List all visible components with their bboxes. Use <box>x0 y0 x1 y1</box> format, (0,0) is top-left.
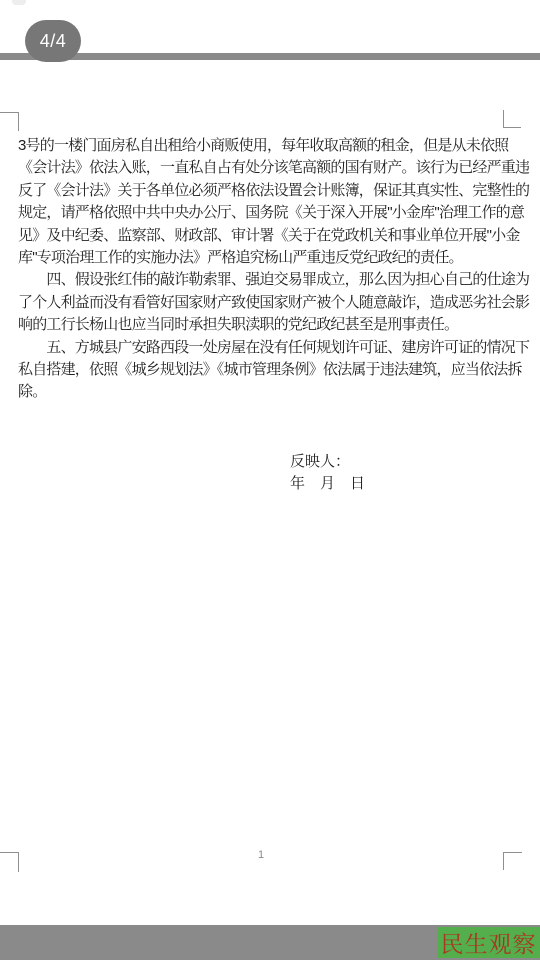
text-line: 四、假设张红伟的敲诈勒索罪、强迫交易罪成立，那么因为担心自己的仕途为 <box>18 269 526 291</box>
document-viewer: 4/4 3号的一楼门面房私自出租给小商贩使用，每年收取高额的租金，但是从未依照 … <box>0 0 540 960</box>
page-indicator-badge: 4/4 <box>25 20 81 62</box>
text-line: 反了《会计法》关于各单位必须严格依法设置会计账簿，保证其真实性、完整性的 <box>18 180 526 202</box>
page-separator-bar <box>0 53 540 60</box>
date-label: 年 月 日 <box>290 473 365 495</box>
text-line: 除。 <box>18 381 526 403</box>
page-footer-number: 1 <box>0 849 522 861</box>
text-line: 私自搭建，依照《城乡规划法》《城市管理条例》依法属于违法建筑，应当依法拆 <box>18 359 526 381</box>
text-line: 规定，请严格依照中共中央办公厅、国务院《关于深入开展"小金库"治理工作的意 <box>18 202 526 224</box>
text-line: 了个人利益而没有看管好国家财产致使国家财产被个人随意敲诈，造成恶劣社会影 <box>18 292 526 314</box>
text-line: 《会计法》依法入账，一直私自占有处分该笔高额的国有财产。该行为已经严重违 <box>18 157 526 179</box>
text-line: 见》及中纪委、监察部、财政部、审计署《关于在党政机关和事业单位开展"小金 <box>18 225 526 247</box>
text-line: 五、方城县广安路西段一处房屋在没有任何规划许可证、建房许可证的情况下 <box>18 337 526 359</box>
document-body[interactable]: 3号的一楼门面房私自出租给小商贩使用，每年收取高额的租金，但是从未依照 《会计法… <box>18 135 526 404</box>
previous-page-corner <box>12 0 26 5</box>
text-boundary-mark-top-right <box>503 110 521 128</box>
text-line: 响的工行长杨山也应当同时承担失职渎职的党纪政纪甚至是刑事责任。 <box>18 314 526 336</box>
text-line: 3号的一楼门面房私自出租给小商贩使用，每年收取高额的租金，但是从未依照 <box>18 135 526 157</box>
watermark-badge: 民生观察 <box>437 927 540 958</box>
page-indicator-label: 4/4 <box>40 31 67 52</box>
text-boundary-mark-top-left <box>0 112 19 131</box>
text-line: 库"专项治理工作的实施办法》严格追究杨山严重违反党纪政纪的责任。 <box>18 247 526 269</box>
signature-block: 反映人： 年 月 日 <box>290 451 365 495</box>
reporter-label: 反映人： <box>290 451 365 473</box>
